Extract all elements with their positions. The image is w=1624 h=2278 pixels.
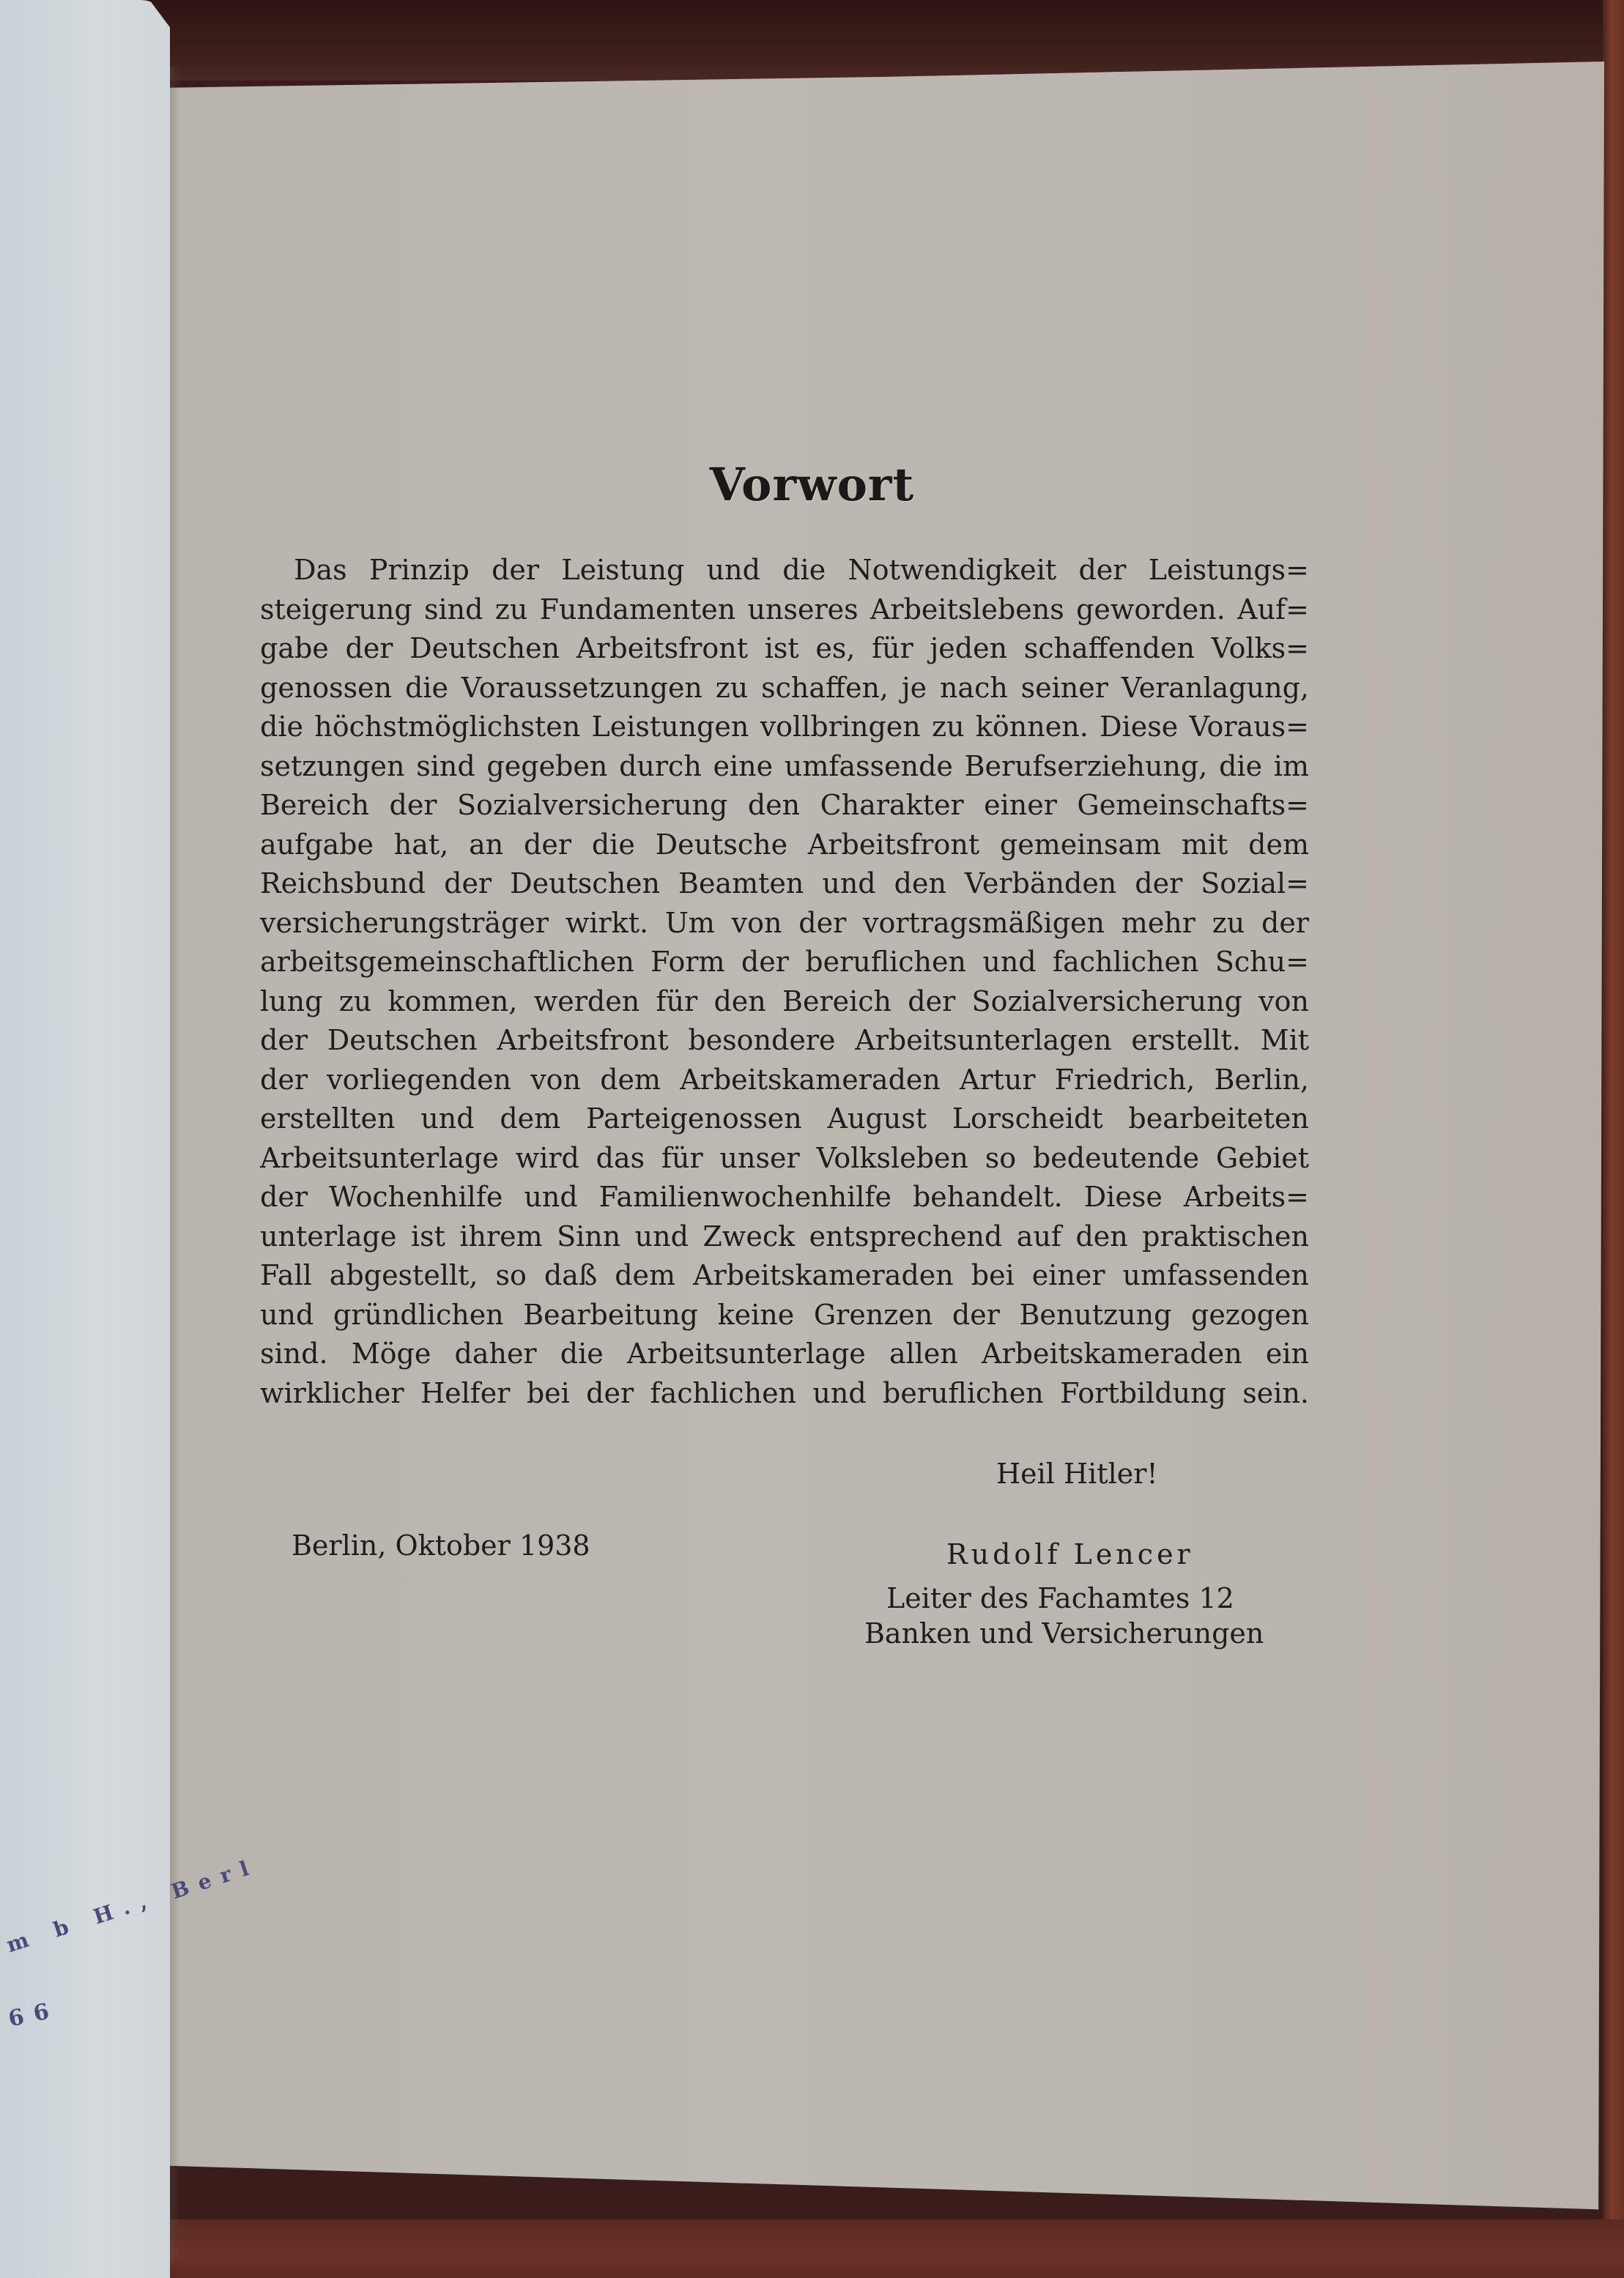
place-and-date: Berlin, Oktober 1938 bbox=[292, 1529, 590, 1562]
signer-name: Rudolf Lencer bbox=[946, 1538, 1194, 1570]
text-line: erstellten und dem Parteigenossen August… bbox=[260, 1099, 1309, 1139]
text-line: arbeitsgemeinschaftlichen Form der beruf… bbox=[260, 943, 1309, 982]
text-line: setzungen sind gegeben durch eine umfass… bbox=[260, 747, 1309, 787]
signer-title: Leiter des Fachamtes 12 bbox=[886, 1582, 1234, 1614]
closing-greeting: Heil Hitler! bbox=[996, 1458, 1158, 1490]
text-line: und gründlichen Bearbeitung keine Grenze… bbox=[260, 1296, 1309, 1335]
text-line: unterlage ist ihrem Sinn und Zweck entsp… bbox=[260, 1217, 1309, 1257]
text-line: Fall abgestellt, so daß dem Arbeitskamer… bbox=[260, 1256, 1309, 1296]
text-line: der Wochenhilfe und Familienwochenhilfe … bbox=[260, 1178, 1309, 1217]
text-line: Reichsbund der Deutschen Beamten und den… bbox=[260, 864, 1309, 904]
text-line: gabe der Deutschen Arbeitsfront ist es, … bbox=[260, 629, 1309, 669]
text-line: Bereich der Sozialversicherung den Chara… bbox=[260, 786, 1309, 826]
page-title: Vorwort bbox=[0, 458, 1624, 511]
text-line: aufgabe hat, an der die Deutsche Arbeits… bbox=[260, 826, 1309, 865]
signer-department: Banken und Versicherungen bbox=[864, 1617, 1264, 1650]
text-line: wirklicher Helfer bei der fachlichen und… bbox=[260, 1374, 1309, 1414]
text-line: versicherungsträger wirkt. Um von der vo… bbox=[260, 904, 1309, 943]
foreword-paragraph: Das Prinzip der Leistung und die Notwend… bbox=[260, 551, 1309, 1413]
wood-background-bottom bbox=[0, 2219, 1624, 2278]
text-line: lung zu kommen, werden für den Bereich d… bbox=[260, 982, 1309, 1022]
text-line: sind. Möge daher die Arbeitsunterlage al… bbox=[260, 1335, 1309, 1374]
text-line: die höchstmöglichsten Leistungen vollbri… bbox=[260, 708, 1309, 747]
text-line: steigerung sind zu Fundamenten unseres A… bbox=[260, 590, 1309, 630]
text-line: Arbeitsunterlage wird das für unser Volk… bbox=[260, 1139, 1309, 1179]
text-line: genossen die Voraussetzungen zu schaffen… bbox=[260, 669, 1309, 708]
text-line: der vorliegenden von dem Arbeitskamerade… bbox=[260, 1061, 1309, 1100]
text-line: Das Prinzip der Leistung und die Notwend… bbox=[260, 551, 1309, 590]
text-line: der Deutschen Arbeitsfront besondere Arb… bbox=[260, 1021, 1309, 1061]
wood-background-right bbox=[1603, 0, 1624, 2278]
